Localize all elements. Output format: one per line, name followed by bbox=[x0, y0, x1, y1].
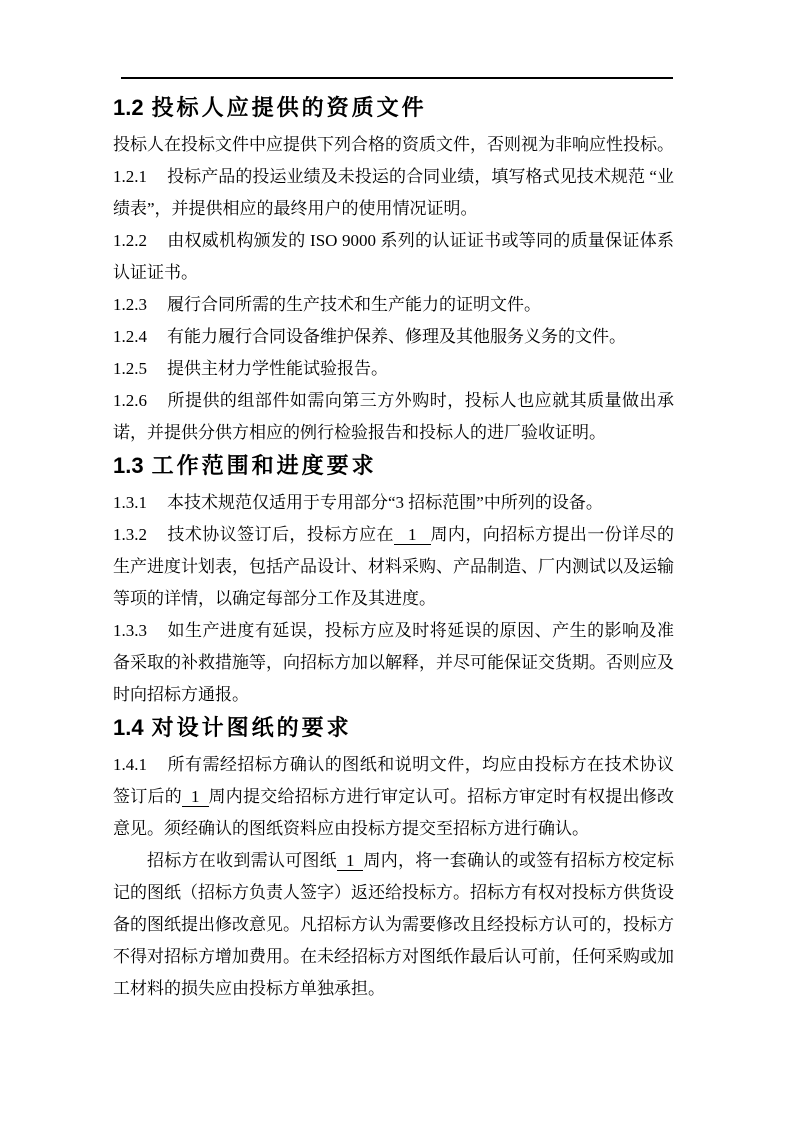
clause-text: 如生产进度有延误，投标方应及时将延误的原因、产生的影响及准备采取的补救措施等，向… bbox=[113, 621, 674, 704]
clause-number: 1.2.2 bbox=[113, 231, 147, 250]
clause-1-2-2: 1.2.2由权威机构颁发的 ISO 9000 系列的认证证书或等同的质量保证体系… bbox=[113, 225, 674, 289]
page-content: 1.2投标人应提供的资质文件 投标人在投标文件中应提供下列合格的资质文件，否则视… bbox=[113, 77, 674, 1005]
clause-1-2-5: 1.2.5提供主材力学性能试验报告。 bbox=[113, 353, 674, 385]
clause-text: 技术协议签订后，投标方应在 1 周内，向招标方提出一份详尽的生产进度计划表，包括… bbox=[113, 525, 674, 608]
section-1-2-heading: 1.2投标人应提供的资质文件 bbox=[113, 93, 674, 123]
text-run: 技术协议签订后，投标方应在 bbox=[167, 525, 394, 544]
section-1-3: 1.3工作范围和进度要求 1.3.1本技术规范仅适用于专用部分“3 招标范围”中… bbox=[113, 451, 674, 711]
heading-number: 1.3 bbox=[113, 453, 144, 478]
clause-1-2-1: 1.2.1投标产品的投运业绩及未投运的合同业绩，填写格式见技术规范 “业绩表”，… bbox=[113, 161, 674, 225]
clause-number: 1.4.1 bbox=[113, 755, 147, 774]
heading-title: 投标人应提供的资质文件 bbox=[152, 95, 427, 120]
clause-1-2-4: 1.2.4有能力履行合同设备维护保养、修理及其他服务义务的文件。 bbox=[113, 321, 674, 353]
text-run: 所提供的组部件如需向第三方外购时，投标人也应就其质量做出承诺，并提供分供方相应的… bbox=[113, 391, 674, 442]
text-run: 履行合同所需的生产技术和生产能力的证明文件。 bbox=[167, 295, 541, 314]
clause-number: 1.2.1 bbox=[113, 167, 147, 186]
text-run: 如生产进度有延误，投标方应及时将延误的原因、产生的影响及准备采取的补救措施等，向… bbox=[113, 621, 674, 704]
clause-number: 1.3.2 bbox=[113, 525, 147, 544]
text-run: 周内，将一套确认的或签有招标方校定标记的图纸（招标方负责人签字）返还给投标方。招… bbox=[113, 851, 674, 998]
section-1-2: 1.2投标人应提供的资质文件 投标人在投标文件中应提供下列合格的资质文件，否则视… bbox=[113, 93, 674, 449]
drawings-return-paragraph: 招标方在收到需认可图纸 1 周内，将一套确认的或签有招标方校定标记的图纸（招标方… bbox=[113, 845, 674, 1005]
clause-text: 本技术规范仅适用于专用部分“3 招标范围”中所列的设备。 bbox=[167, 493, 603, 512]
clause-text: 所提供的组部件如需向第三方外购时，投标人也应就其质量做出承诺，并提供分供方相应的… bbox=[113, 391, 674, 442]
section-1-4-heading: 1.4对设计图纸的要求 bbox=[113, 713, 674, 743]
clause-1-3-3: 1.3.3如生产进度有延误，投标方应及时将延误的原因、产生的影响及准备采取的补救… bbox=[113, 615, 674, 711]
heading-number: 1.4 bbox=[113, 715, 144, 740]
section-1-3-heading: 1.3工作范围和进度要求 bbox=[113, 451, 674, 481]
clause-text: 所有需经招标方确认的图纸和说明文件，均应由投标方在技术协议签订后的 1 周内提交… bbox=[113, 755, 674, 838]
clause-1-2-3: 1.2.3履行合同所需的生产技术和生产能力的证明文件。 bbox=[113, 289, 674, 321]
text-run: 有能力履行合同设备维护保养、修理及其他服务义务的文件。 bbox=[167, 327, 626, 346]
clause-text: 提供主材力学性能试验报告。 bbox=[167, 359, 388, 378]
underlined-fill-in-value: 1 bbox=[394, 525, 431, 545]
clause-text: 投标人在投标文件中应提供下列合格的资质文件，否则视为非响应性投标。 bbox=[113, 135, 674, 154]
clause-text: 履行合同所需的生产技术和生产能力的证明文件。 bbox=[167, 295, 541, 314]
text-run: 招标方在收到需认可图纸 bbox=[147, 851, 337, 870]
clause-text: 有能力履行合同设备维护保养、修理及其他服务义务的文件。 bbox=[167, 327, 626, 346]
section-1-4: 1.4对设计图纸的要求 1.4.1所有需经招标方确认的图纸和说明文件，均应由投标… bbox=[113, 713, 674, 1005]
document-page: 1.2投标人应提供的资质文件 投标人在投标文件中应提供下列合格的资质文件，否则视… bbox=[0, 0, 793, 1122]
heading-number: 1.2 bbox=[113, 95, 144, 120]
clause-number: 1.3.3 bbox=[113, 621, 147, 640]
text-run: 本技术规范仅适用于专用部分“3 招标范围”中所列的设备。 bbox=[167, 493, 603, 512]
underlined-fill-in-value: 1 bbox=[337, 851, 364, 871]
clause-text: 投标产品的投运业绩及未投运的合同业绩，填写格式见技术规范 “业绩表”，并提供相应… bbox=[113, 167, 674, 218]
clause-number: 1.2.6 bbox=[113, 391, 147, 410]
clause-text: 招标方在收到需认可图纸 1 周内，将一套确认的或签有招标方校定标记的图纸（招标方… bbox=[113, 851, 674, 998]
text-run: 提供主材力学性能试验报告。 bbox=[167, 359, 388, 378]
clause-1-2-6: 1.2.6所提供的组部件如需向第三方外购时，投标人也应就其质量做出承诺，并提供分… bbox=[113, 385, 674, 449]
clause-number: 1.2.4 bbox=[113, 327, 147, 346]
clause-number: 1.2.3 bbox=[113, 295, 147, 314]
intro-paragraph: 投标人在投标文件中应提供下列合格的资质文件，否则视为非响应性投标。 bbox=[113, 129, 674, 161]
header-rule bbox=[121, 77, 673, 79]
text-run: 投标产品的投运业绩及未投运的合同业绩，填写格式见技术规范 “业绩表”，并提供相应… bbox=[113, 167, 674, 218]
clause-1-3-2: 1.3.2技术协议签订后，投标方应在 1 周内，向招标方提出一份详尽的生产进度计… bbox=[113, 519, 674, 615]
text-run: 投标人在投标文件中应提供下列合格的资质文件，否则视为非响应性投标。 bbox=[113, 135, 674, 154]
clause-number: 1.2.5 bbox=[113, 359, 147, 378]
heading-title: 对设计图纸的要求 bbox=[152, 715, 352, 740]
underlined-fill-in-value: 1 bbox=[182, 787, 209, 807]
text-run: 由权威机构颁发的 ISO 9000 系列的认证证书或等同的质量保证体系认证证书。 bbox=[113, 231, 674, 282]
heading-title: 工作范围和进度要求 bbox=[152, 453, 377, 478]
clause-text: 由权威机构颁发的 ISO 9000 系列的认证证书或等同的质量保证体系认证证书。 bbox=[113, 231, 674, 282]
clause-1-4-1: 1.4.1所有需经招标方确认的图纸和说明文件，均应由投标方在技术协议签订后的 1… bbox=[113, 749, 674, 845]
clause-number: 1.3.1 bbox=[113, 493, 147, 512]
clause-1-3-1: 1.3.1本技术规范仅适用于专用部分“3 招标范围”中所列的设备。 bbox=[113, 487, 674, 519]
